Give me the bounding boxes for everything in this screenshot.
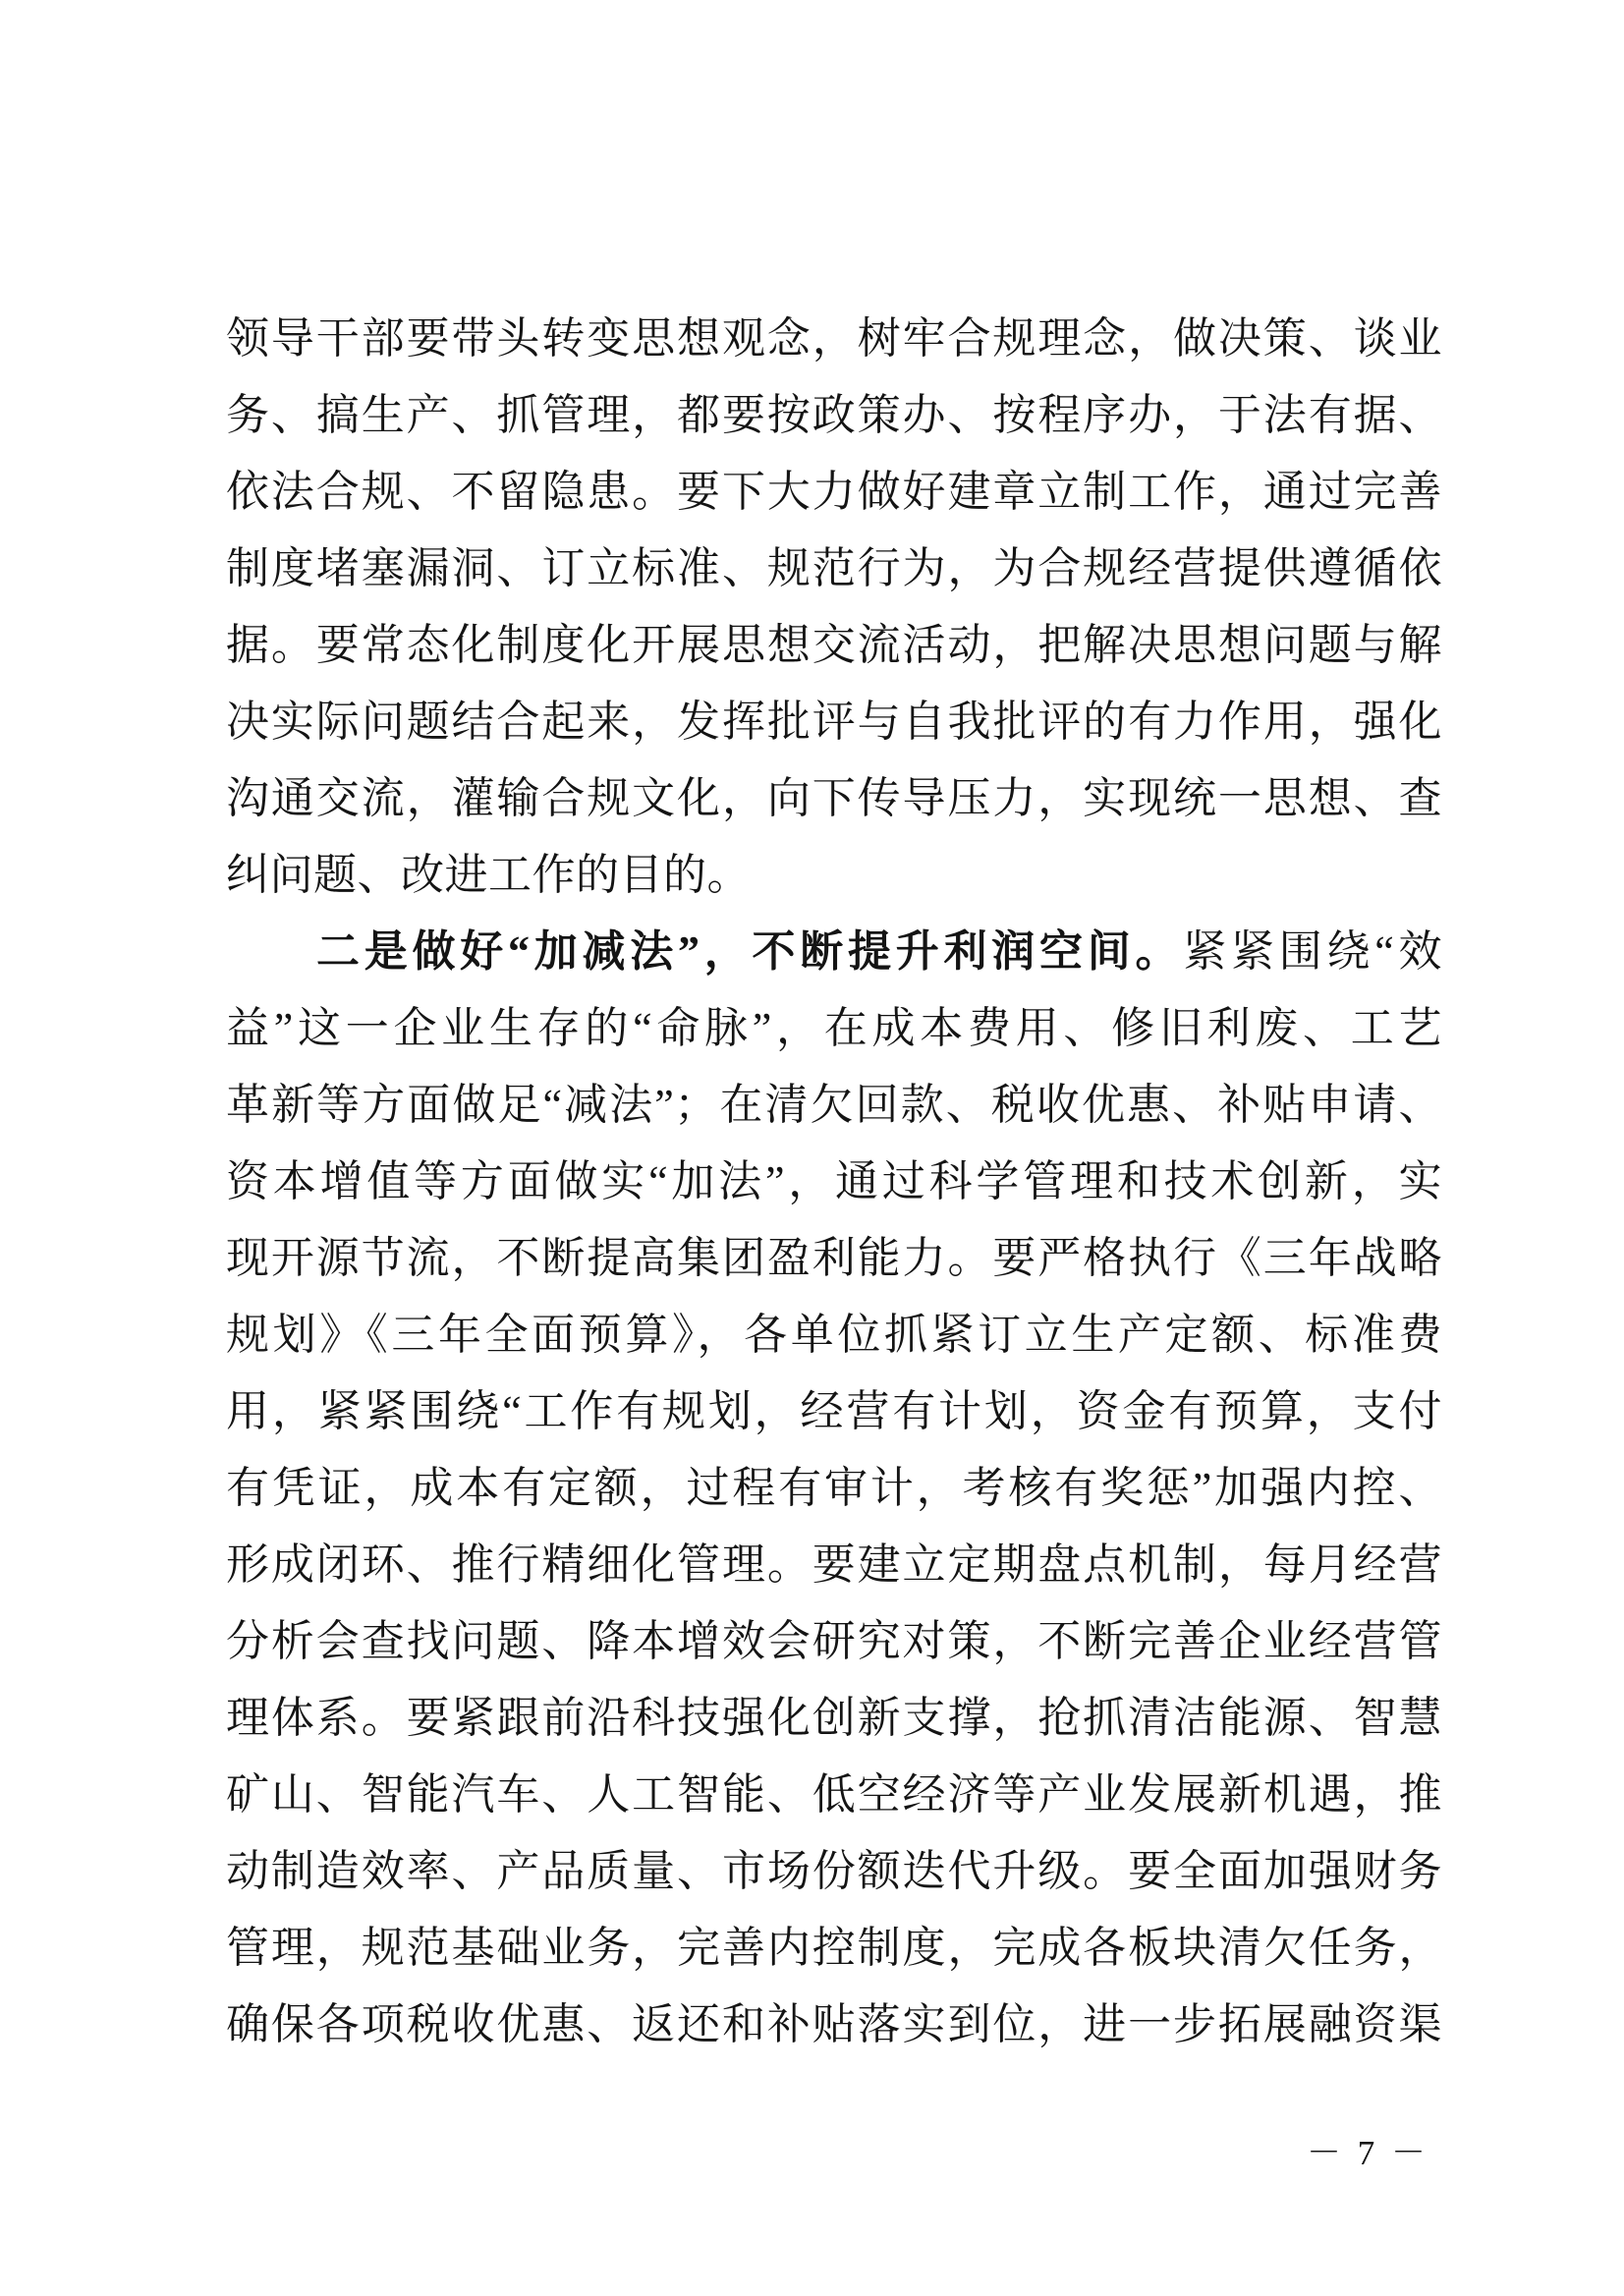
text-line: 务、搞生产、抓管理，都要按政策办、按程序办，于法有据、: [226, 377, 1442, 454]
text-line: 理体系。要紧跟前沿科技强化创新支撑，抢抓清洁能源、智慧: [226, 1680, 1442, 1757]
text-line: 矿山、智能汽车、人工智能、低空经济等产业发展新机遇，推: [226, 1757, 1442, 1833]
document-lines: 领导干部要带头转变思想观念，树牢合规理念，做决策、谈业务、搞生产、抓管理，都要按…: [226, 301, 1442, 2063]
text-line: 决实际问题结合起来，发挥批评与自我批评的有力作用，强化: [226, 684, 1442, 760]
text-run: 领导干部要带头转变思想观念，树牢合规理念，做决策、谈业: [226, 314, 1442, 363]
text-run: 有凭证，成本有定额，过程有审计，考核有奖惩”加强内控、: [226, 1464, 1442, 1512]
page-number: － 7 －: [1307, 2130, 1429, 2177]
text-run: 管理，规范基础业务，完善内控制度，完成各板块清欠任务，: [226, 1924, 1442, 1972]
text-run: 务、搞生产、抓管理，都要按政策办、按程序办，于法有据、: [226, 391, 1442, 439]
text-run: 紧紧围绕“效: [1183, 927, 1442, 976]
text-line: 益”这一企业生存的“命脉”，在成本费用、修旧利废、工艺: [226, 990, 1442, 1067]
text-run: 益”这一企业生存的“命脉”，在成本费用、修旧利废、工艺: [226, 1004, 1442, 1052]
text-run: 规划》《三年全面预算》，各单位抓紧订立生产定额、标准费: [226, 1311, 1442, 1359]
text-run: 制度堵塞漏洞、订立标准、规范行为，为合规经营提供遵循依: [226, 544, 1442, 592]
text-line: 分析会查找问题、降本增效会研究对策，不断完善企业经营管: [226, 1603, 1442, 1680]
text-line: 依法合规、不留隐患。要下大力做好建章立制工作，通过完善: [226, 454, 1442, 531]
text-line: 现开源节流，不断提高集团盈利能力。要严格执行《三年战略: [226, 1220, 1442, 1297]
document-page: 领导干部要带头转变思想观念，树牢合规理念，做决策、谈业务、搞生产、抓管理，都要按…: [0, 0, 1624, 2296]
text-run: 动制造效率、产品质量、市场份额迭代升级。要全面加强财务: [226, 1847, 1442, 1895]
text-line: 动制造效率、产品质量、市场份额迭代升级。要全面加强财务: [226, 1833, 1442, 1910]
text-run: 形成闭环、推行精细化管理。要建立定期盘点机制，每月经营: [226, 1540, 1442, 1589]
text-line: 管理，规范基础业务，完善内控制度，完成各板块清欠任务，: [226, 1910, 1442, 1987]
text-line: 革新等方面做足“减法”；在清欠回款、税收优惠、补贴申请、: [226, 1067, 1442, 1144]
text-line: 用，紧紧围绕“工作有规划，经营有计划，资金有预算，支付: [226, 1373, 1442, 1450]
text-line: 领导干部要带头转变思想观念，树牢合规理念，做决策、谈业: [226, 301, 1442, 377]
text-line: 资本增值等方面做实“加法”，通过科学管理和技术创新，实: [226, 1144, 1442, 1220]
text-run: 矿山、智能汽车、人工智能、低空经济等产业发展新机遇，推: [226, 1770, 1442, 1819]
text-line: 纠问题、改进工作的目的。: [226, 837, 1442, 914]
text-line: 规划》《三年全面预算》，各单位抓紧订立生产定额、标准费: [226, 1297, 1442, 1373]
text-run: 用，紧紧围绕“工作有规划，经营有计划，资金有预算，支付: [226, 1387, 1442, 1435]
text-run: 分析会查找问题、降本增效会研究对策，不断完善企业经营管: [226, 1617, 1442, 1665]
text-line: 形成闭环、推行精细化管理。要建立定期盘点机制，每月经营: [226, 1527, 1442, 1603]
text-run: 纠问题、改进工作的目的。: [226, 851, 751, 899]
text-line: 确保各项税收优惠、返还和补贴落实到位，进一步拓展融资渠: [226, 1987, 1442, 2063]
text-line: 二是做好“加减法”，不断提升利润空间。紧紧围绕“效: [226, 914, 1442, 990]
text-line: 沟通交流，灌输合规文化，向下传导压力，实现统一思想、查: [226, 760, 1442, 837]
text-line: 有凭证，成本有定额，过程有审计，考核有奖惩”加强内控、: [226, 1450, 1442, 1527]
text-run: 确保各项税收优惠、返还和补贴落实到位，进一步拓展融资渠: [226, 2000, 1442, 2048]
text-run: 据。要常态化制度化开展思想交流活动，把解决思想问题与解: [226, 621, 1442, 669]
text-run: 革新等方面做足“减法”；在清欠回款、税收优惠、补贴申请、: [226, 1081, 1442, 1129]
text-run: 理体系。要紧跟前沿科技强化创新支撑，抢抓清洁能源、智慧: [226, 1694, 1442, 1742]
text-run: 依法合规、不留隐患。要下大力做好建章立制工作，通过完善: [226, 468, 1442, 516]
text-run: 资本增值等方面做实“加法”，通过科学管理和技术创新，实: [226, 1157, 1442, 1205]
text-run: 现开源节流，不断提高集团盈利能力。要严格执行《三年战略: [226, 1234, 1442, 1282]
text-run: 决实际问题结合起来，发挥批评与自我批评的有力作用，强化: [226, 698, 1442, 746]
text-run: 沟通交流，灌输合规文化，向下传导压力，实现统一思想、查: [226, 774, 1442, 822]
text-line: 据。要常态化制度化开展思想交流活动，把解决思想问题与解: [226, 607, 1442, 684]
text-line: 制度堵塞漏洞、订立标准、规范行为，为合规经营提供遵循依: [226, 531, 1442, 607]
bold-text-run: 二是做好“加减法”，不断提升利润空间。: [316, 927, 1183, 976]
